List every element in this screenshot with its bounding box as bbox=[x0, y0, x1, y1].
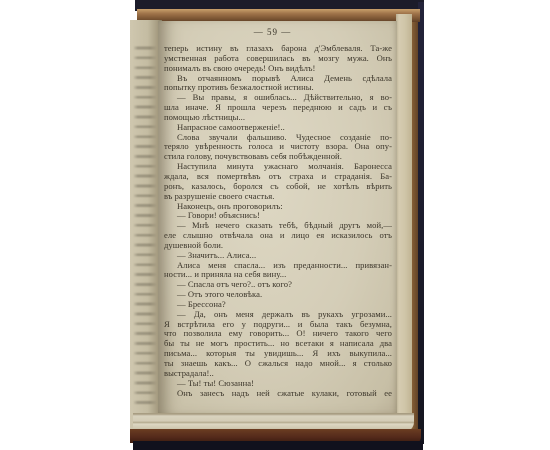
text-line: Наконецъ, онъ проговорилъ: bbox=[164, 202, 392, 212]
text-line: — Брессона? bbox=[164, 300, 392, 310]
text-line: — Спасла отъ чего?.. отъ кого? bbox=[164, 280, 392, 290]
text-line: еле слышно отвѣчала она и лицо ея искази… bbox=[164, 231, 392, 241]
text-line: — Значитъ... Алиса... bbox=[164, 251, 392, 261]
text-line: попытку противъ безжалостной истины. bbox=[164, 83, 392, 93]
text-line: помощью лѣстницы... bbox=[164, 113, 392, 123]
text-line: понималъ въ свою очередь! Онъ видѣлъ! bbox=[164, 64, 392, 74]
text-line: душевной боли. bbox=[164, 241, 392, 251]
text-line: теперь истину въ глазахъ барона д'Эмблев… bbox=[164, 44, 392, 54]
text-line: Я встрѣтила его у подруги... и была такъ… bbox=[164, 320, 392, 330]
text-line: Въ отчаянномъ порывѣ Алиса Демень сдѣлал… bbox=[164, 74, 392, 84]
text-line: бы ты не могъ простить... но всетаки я н… bbox=[164, 339, 392, 349]
page-block-fore-edge bbox=[396, 14, 412, 430]
book-page: — 59 — теперь истину въ глазахъ барона д… bbox=[158, 21, 397, 413]
text-line: шла иначе. Я прошла черезъ переднюю и са… bbox=[164, 103, 392, 113]
page-number: — 59 — bbox=[158, 27, 387, 37]
text-line: — Вы правы, я ошиблась... Дѣйствительно,… bbox=[164, 93, 392, 103]
text-line: Наступила минута ужаснаго молчанія. Баро… bbox=[164, 162, 392, 172]
text-line: ности... и приняла на себя вину... bbox=[164, 270, 392, 280]
text-line: — Да, онъ меня держалъ въ рукахъ угрозам… bbox=[164, 310, 392, 320]
text-line: — Отъ этого человѣка. bbox=[164, 290, 392, 300]
text-line: — Ты! ты! Сюзанна! bbox=[164, 379, 392, 389]
text-line: Напрасное самоотверженіе!.. bbox=[164, 123, 392, 133]
text-line: умственная работа совершилась въ мозгу м… bbox=[164, 54, 392, 64]
text-line: — Говори! объяснись! bbox=[164, 211, 392, 221]
text-line: — Мнѣ нечего сказать тебѣ, бѣдный другъ … bbox=[164, 221, 392, 231]
book-photo: — 59 — теперь истину въ глазахъ барона д… bbox=[0, 0, 550, 450]
text-lines: теперь истину въ глазахъ барона д'Эмблев… bbox=[164, 44, 392, 398]
book-cover-right-board bbox=[418, 2, 424, 444]
text-line: ты знаешь какъ... О сжалься надо мной...… bbox=[164, 359, 392, 369]
text-line: Слова звучали фальшиво. Чудесное создані… bbox=[164, 133, 392, 143]
text-line: ждала, вся помертвѣвъ отъ страха и страд… bbox=[164, 172, 392, 182]
text-line: въ разрушеніе своего счастья. bbox=[164, 192, 392, 202]
text-line: выстрадала!.. bbox=[164, 369, 392, 379]
text-line: стила голову, почувствовавъ себя побѣжде… bbox=[164, 152, 392, 162]
facing-page-blurred-text bbox=[133, 44, 157, 410]
text-line: теряло увѣренность голоса и чистоту взор… bbox=[164, 142, 392, 152]
book-cover-bottom-board bbox=[133, 441, 423, 450]
text-line: письма... которыя ты увидишь... Я ихъ вы… bbox=[164, 349, 392, 359]
text-line: что позволила ему говорить... О! ничего … bbox=[164, 329, 392, 339]
text-line: Алиса меня спасла... изъ преданности... … bbox=[164, 261, 392, 271]
text-line: Онъ занесъ надъ ней сжатые кулаки, готов… bbox=[164, 389, 392, 399]
text-line: ронъ, казалось, боролся съ собой, не хот… bbox=[164, 182, 392, 192]
